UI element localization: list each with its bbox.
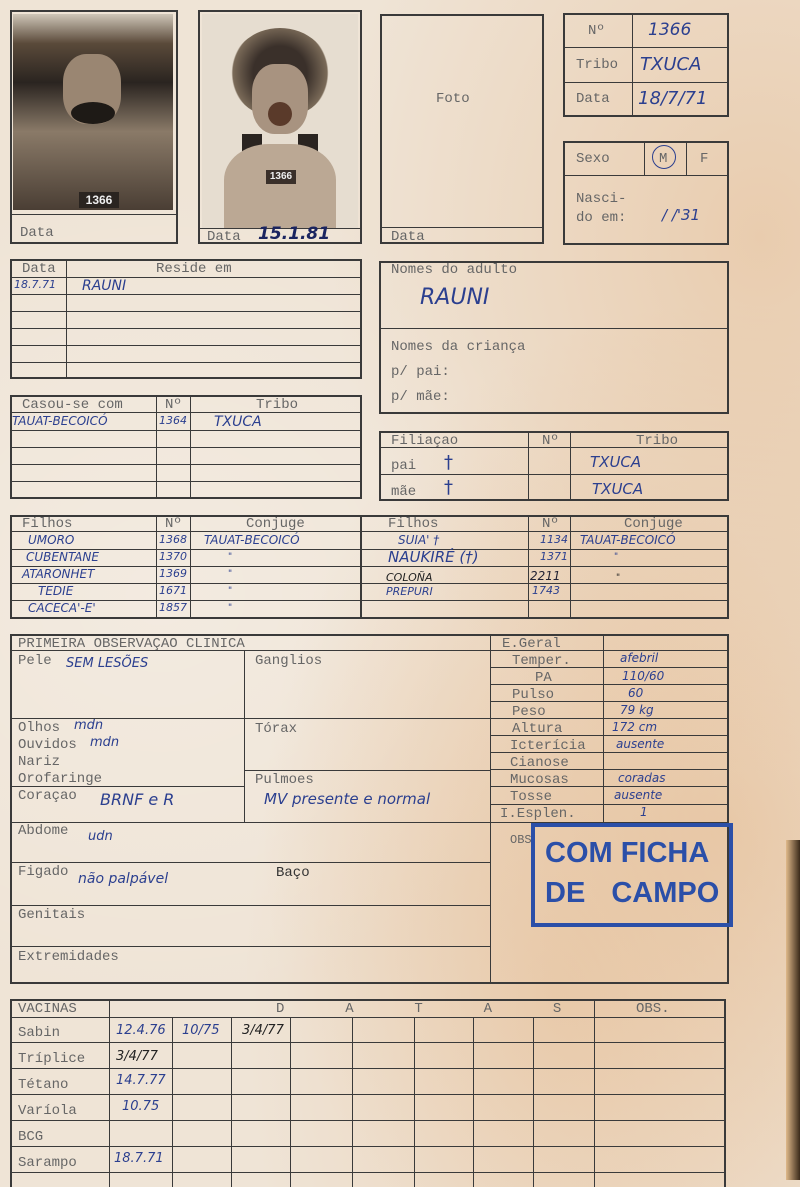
- altura-value: 172 cm: [612, 721, 657, 733]
- photo-2-date-label: Data: [207, 230, 241, 244]
- figado-value: não palpável: [78, 872, 168, 886]
- clinical-section: [10, 634, 729, 984]
- residence-row-place: RAUNI: [82, 279, 126, 293]
- spouse-tribo: TXUCA: [214, 415, 262, 429]
- vaccine-name: Tétano: [18, 1078, 68, 1092]
- geral-label: E.Geral: [502, 637, 561, 651]
- tribo-label: Tribo: [576, 58, 618, 72]
- filhos-col-nome: Filhos: [22, 517, 72, 531]
- filhos-col-conjuge: Conjuge: [246, 517, 305, 531]
- stamp-line-1: COM FICHA: [545, 837, 709, 870]
- p-mae-label: p/ mãe:: [391, 390, 450, 404]
- filho-no: 1371: [540, 551, 568, 562]
- photo-placeholder: Foto: [436, 92, 470, 106]
- vaccine-name: BCG: [18, 1130, 43, 1144]
- filho-nome: NAUKIRÉ (†): [388, 550, 479, 565]
- torax-label: Tórax: [255, 722, 297, 736]
- obs-col-label: OBS.: [636, 1002, 670, 1016]
- nariz-label: Nariz: [18, 755, 60, 769]
- spouse-name: TAUAT-BECOICÓ: [12, 415, 108, 427]
- clinical-title: PRIMEIRA OBSERVAÇAO CLINICA: [18, 637, 245, 651]
- nomes-adulto-label: Nomes do adulto: [391, 263, 517, 277]
- filho-nome: COLOÑA: [386, 572, 433, 583]
- data-label: Data: [576, 92, 610, 106]
- filho-nome: ATARONHET: [22, 568, 94, 580]
- vaccine-date: 10.75: [122, 1100, 159, 1113]
- pai-tribo: TXUCA: [590, 455, 641, 470]
- filho-conjuge: ": [228, 604, 232, 613]
- coracao-value: BRNF e R: [100, 792, 174, 808]
- filho-conjuge: TAUAT-BECOICÓ: [580, 534, 676, 546]
- birth-date: / /'31: [662, 208, 700, 223]
- filho-conjuge: ": [614, 553, 618, 562]
- filho-nome: CUBENTANE: [26, 551, 99, 563]
- filho-no: 1743: [532, 585, 560, 596]
- id-tag: 1366: [79, 192, 119, 208]
- filho-conjuge: ": [616, 574, 620, 583]
- vaccine-name: Varíola: [18, 1104, 77, 1118]
- pa-value: 110/60: [622, 670, 664, 682]
- nascido-label-2: do em:: [576, 211, 626, 225]
- vaccine-date: 14.7.77: [116, 1074, 166, 1087]
- vacinas-col-label: VACINAS: [18, 1002, 77, 1016]
- olhos-label: Olhos: [18, 721, 60, 735]
- photo-3-date-label: Data: [391, 230, 425, 244]
- ictericia-value: ausente: [616, 738, 664, 750]
- filho-no: 1857: [159, 602, 187, 613]
- pa-label: PA: [535, 671, 552, 685]
- filho-nome: SUIA' †: [398, 534, 439, 546]
- filiacao-col-label: Filiaçao: [391, 434, 458, 448]
- torn-paper-edge: [786, 840, 800, 1180]
- filho-no: 1368: [159, 534, 187, 545]
- residence-col-reside: Reside em: [156, 262, 232, 276]
- filiacao-col-no: Nº: [542, 434, 559, 448]
- filho-no: 2211: [530, 570, 561, 582]
- filho-nome: PREPURI: [386, 586, 433, 597]
- sexo-option-f[interactable]: F: [700, 152, 708, 166]
- tribo-value: TXUCA: [640, 56, 701, 74]
- datas-col-label: D A T A S: [276, 1002, 561, 1016]
- pulso-value: 60: [628, 687, 643, 699]
- mae-tribo: TXUCA: [592, 482, 643, 497]
- altura-label: Altura: [512, 722, 562, 736]
- vaccine-date: 10/75: [182, 1024, 219, 1037]
- pai-label: pai: [391, 459, 416, 473]
- portrait-photo-2: 1366: [202, 14, 358, 228]
- filho-conjuge: ": [228, 570, 232, 579]
- filho-no: 1134: [540, 534, 568, 545]
- filho-no: 1369: [159, 568, 187, 579]
- filhos-col-no: Nº: [542, 517, 559, 531]
- marriage-col-tribo: Tribo: [256, 398, 298, 412]
- pulso-label: Pulso: [512, 688, 554, 702]
- filho-nome: TEDIE: [38, 585, 73, 597]
- residence-col-data: Data: [22, 262, 56, 276]
- abdome-value: udn: [88, 830, 113, 843]
- selected-circle-icon: [652, 145, 676, 169]
- baco-label: Baço: [276, 866, 310, 880]
- marriage-col-casou: Casou-se com: [22, 398, 123, 412]
- olhos-value: mdn: [74, 719, 103, 732]
- vaccine-date: 3/4/77: [116, 1050, 158, 1063]
- esplen-value: 1: [640, 806, 648, 818]
- ganglios-label: Ganglios: [255, 654, 322, 668]
- temper-value: afebril: [620, 652, 658, 664]
- peso-value: 79 kg: [620, 704, 654, 716]
- tosse-label: Tosse: [510, 790, 552, 804]
- vaccine-name: Sarampo: [18, 1156, 77, 1170]
- orofaringe-label: Orofaringe: [18, 772, 102, 786]
- p-pai-label: p/ pai:: [391, 365, 450, 379]
- filhos-col-nome: Filhos: [388, 517, 438, 531]
- id-tag: 1366: [266, 170, 296, 184]
- figado-label: Figado: [18, 865, 68, 879]
- pulmoes-label: Pulmoes: [255, 773, 314, 787]
- ouvidos-label: Ouvidos: [18, 738, 77, 752]
- pele-label: Pele: [18, 654, 52, 668]
- mae-label: mãe: [391, 485, 416, 499]
- filho-conjuge: TAUAT-BECOICÓ: [204, 534, 300, 546]
- filho-no: 1671: [159, 585, 187, 596]
- genitais-label: Genitais: [18, 908, 85, 922]
- vaccine-name: Tríplice: [18, 1052, 85, 1066]
- registration-date: 18/7/71: [638, 90, 707, 108]
- filiacao-col-tribo: Tribo: [636, 434, 678, 448]
- filho-conjuge: ": [228, 553, 232, 562]
- ouvidos-value: mdn: [90, 736, 119, 749]
- pulmoes-value: MV presente e normal: [264, 792, 430, 807]
- pele-value: SEM LESÕES: [66, 657, 148, 670]
- marriage-col-no: Nº: [165, 398, 182, 412]
- esplen-label: I.Esplen.: [500, 807, 576, 821]
- abdome-label: Abdome: [18, 824, 68, 838]
- ictericia-label: Icterícia: [510, 739, 586, 753]
- vaccine-date: 3/4/77: [242, 1024, 284, 1037]
- pai-deceased-mark: †: [444, 454, 453, 472]
- obs-label: OBS: [510, 834, 532, 846]
- nomes-crianca-label: Nomes da criança: [391, 340, 525, 354]
- mucosas-label: Mucosas: [510, 773, 569, 787]
- no-label: Nº: [588, 24, 605, 38]
- field-record-stamp: COM FICHA DE CAMPO: [531, 823, 733, 927]
- photo-2-date-value: 15.1.81: [258, 226, 330, 243]
- registration-number: 1366: [648, 22, 691, 39]
- mucosas-value: coradas: [618, 772, 665, 784]
- photo-1-date-label: Data: [20, 226, 54, 240]
- photo-frame-3: [380, 14, 544, 244]
- portrait-photo-1: 1366: [13, 14, 173, 210]
- vaccine-date: 18.7.71: [114, 1152, 164, 1165]
- nascido-label-1: Nasci-: [576, 192, 626, 206]
- filho-conjuge: ": [228, 587, 232, 596]
- spouse-number: 1364: [159, 415, 187, 426]
- sexo-label: Sexo: [576, 152, 610, 166]
- vaccine-date: 12.4.76: [116, 1024, 166, 1037]
- coracao-label: Coraçao: [18, 789, 77, 803]
- nomes-adulto-value: RAUNI: [420, 287, 489, 309]
- filho-no: 1370: [159, 551, 187, 562]
- temper-label: Temper.: [512, 654, 571, 668]
- filhos-col-no: Nº: [165, 517, 182, 531]
- residence-row-date: 18.7.71: [14, 279, 56, 290]
- cianose-label: Cianose: [510, 756, 569, 770]
- filho-nome: UMORO: [28, 534, 74, 546]
- extremidades-label: Extremidades: [18, 950, 119, 964]
- filho-nome: CACECA'-E': [28, 602, 96, 614]
- filhos-col-conjuge: Conjuge: [624, 517, 683, 531]
- peso-label: Peso: [512, 705, 546, 719]
- mae-deceased-mark: †: [444, 479, 453, 497]
- tosse-value: ausente: [614, 789, 662, 801]
- vaccine-name: Sabin: [18, 1026, 60, 1040]
- stamp-line-2: DE CAMPO: [545, 877, 719, 910]
